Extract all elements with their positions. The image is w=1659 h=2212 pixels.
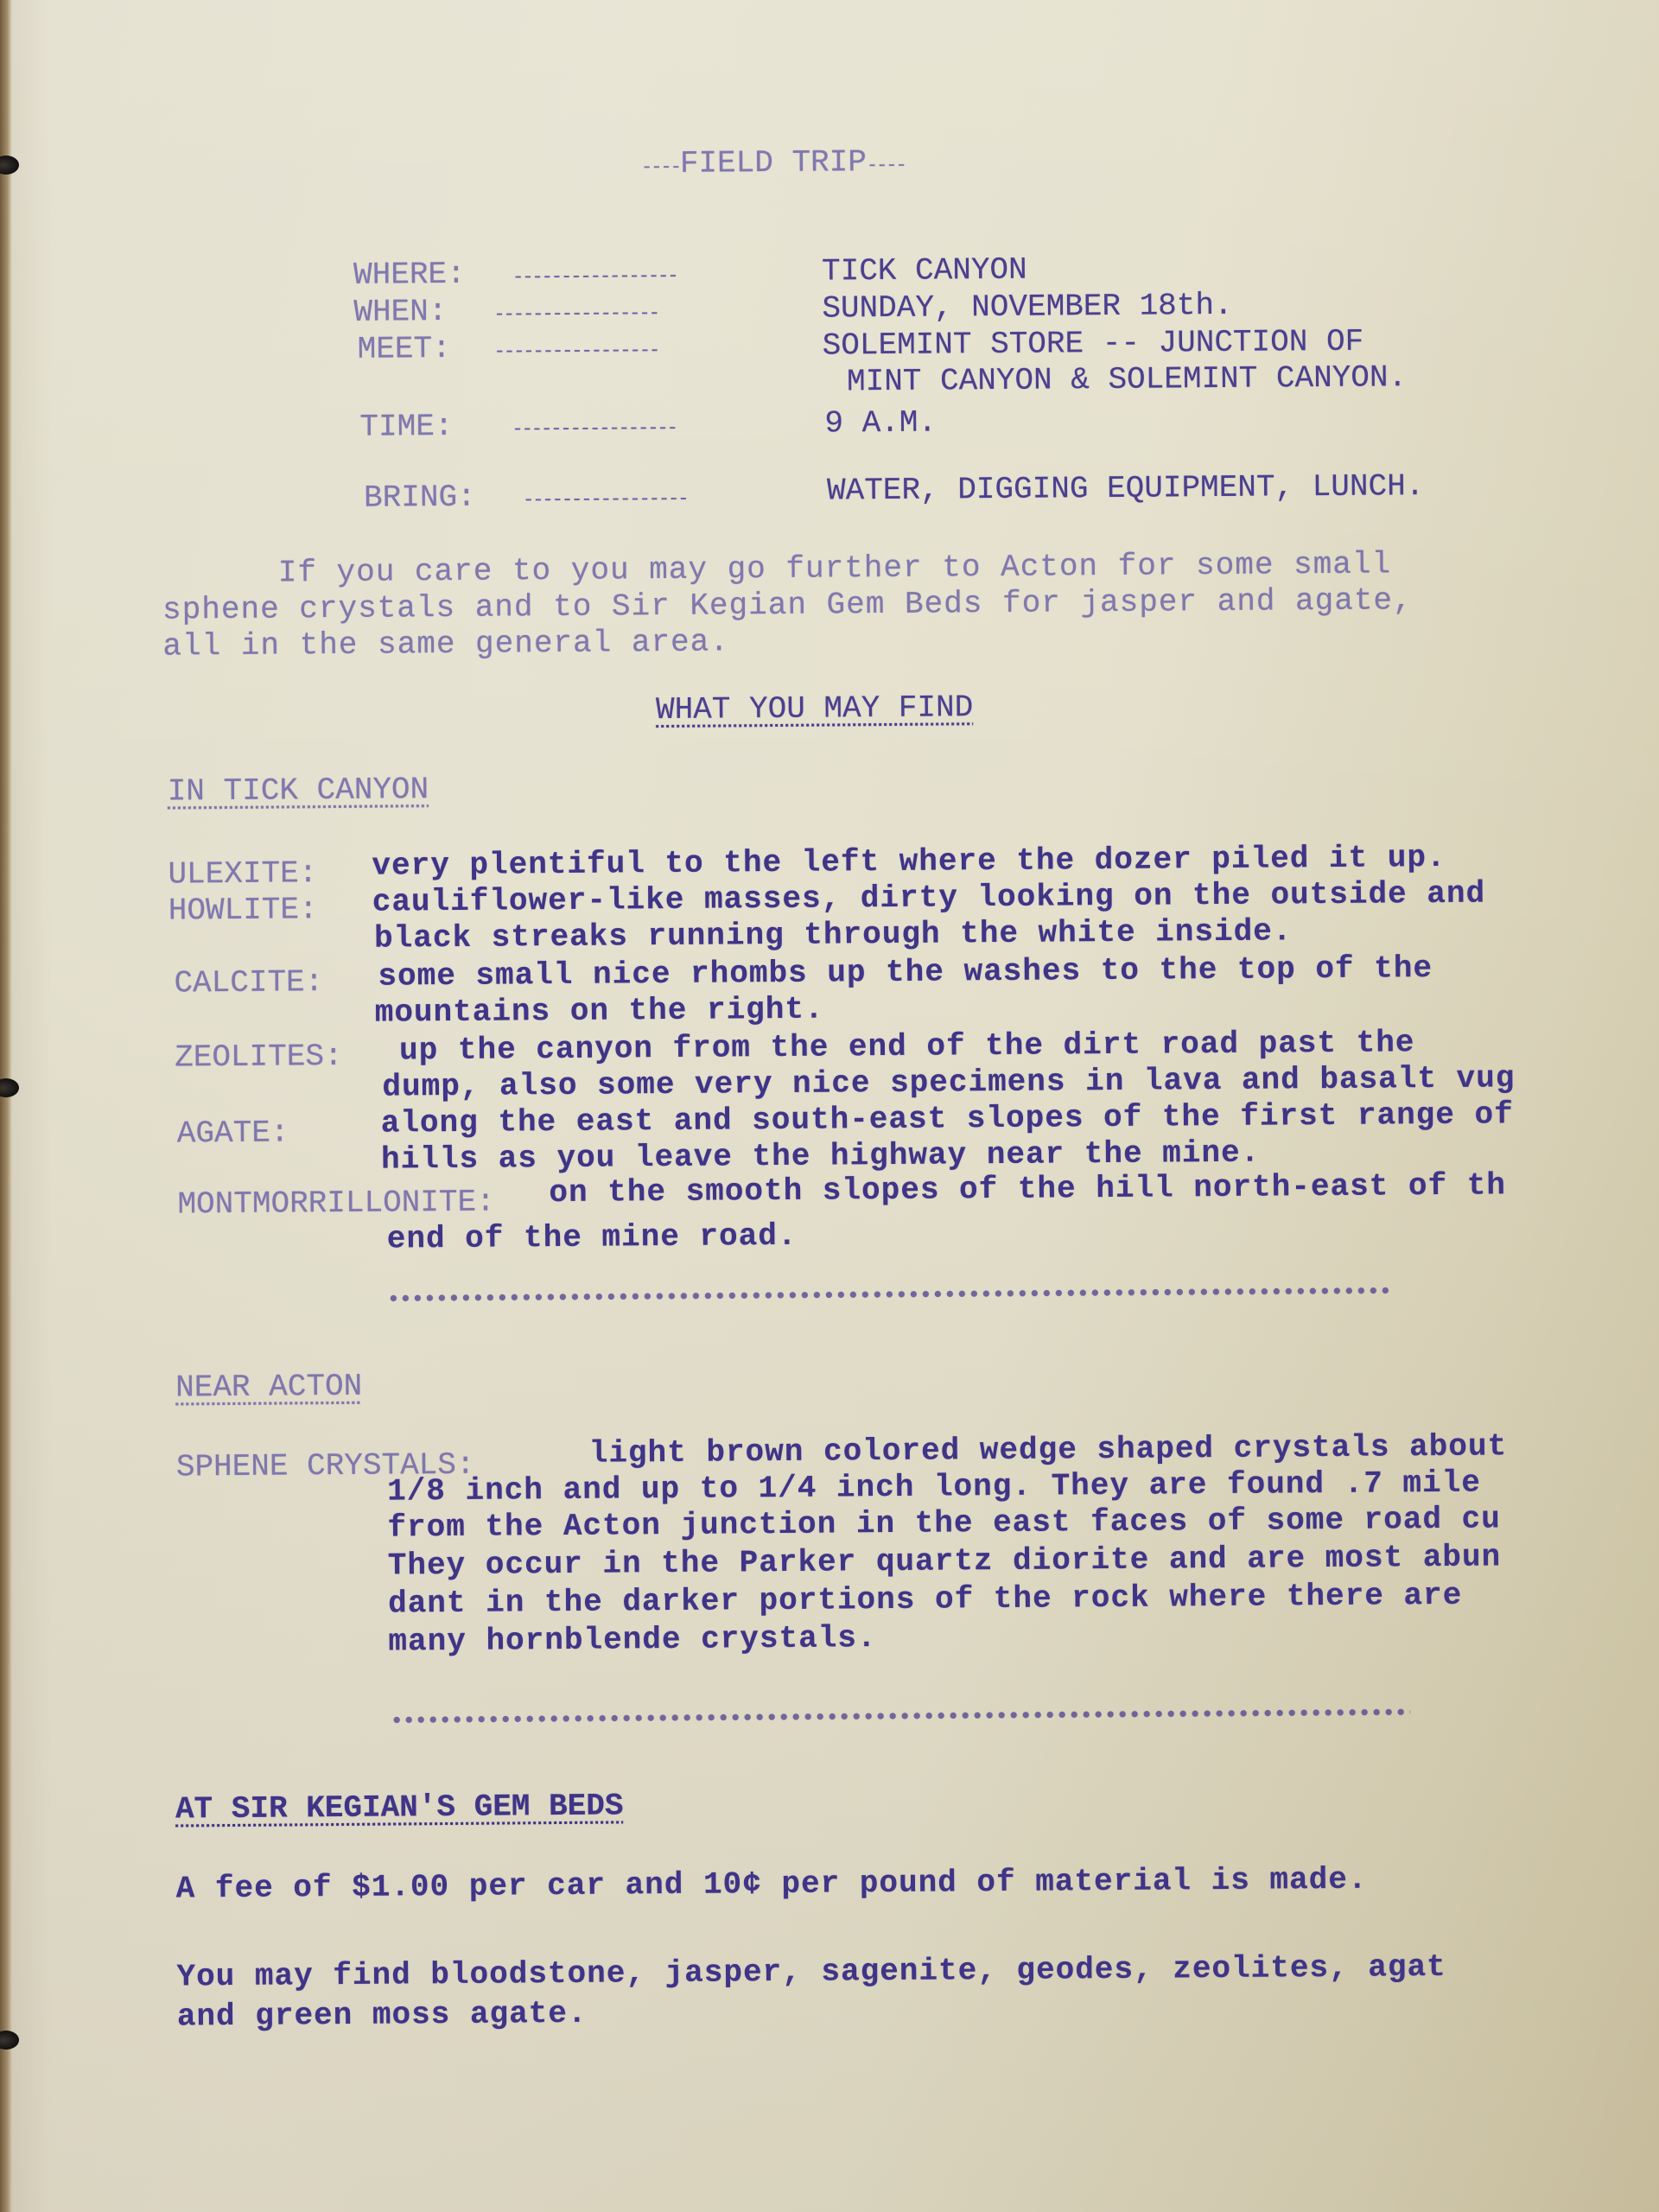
detail-value-bring: WATER, DIGGING EQUIPMENT, LUNCH. (827, 468, 1425, 508)
mineral-desc: from the Acton junction in the east face… (387, 1501, 1501, 1545)
title-line: ----FIELD TRIP---- (641, 144, 906, 181)
detail-value-meet: SOLEMINT STORE -- JUNCTION OF (823, 324, 1364, 364)
mineral-desc: They occur in the Parker quartz diorite … (388, 1539, 1502, 1583)
detail-value-meet-cont: MINT CANYON & SOLEMINT CANYON. (847, 359, 1407, 399)
mineral-desc: cauliflower-like masses, dirty looking o… (372, 876, 1486, 920)
subheading-tick-canyon: IN TICK CANYON (168, 772, 429, 809)
detail-value-when: SUNDAY, NOVEMBER 18th. (822, 288, 1233, 327)
mineral-label-agate: AGATE: (177, 1115, 289, 1151)
mineral-label-calcite: CALCITE: (174, 964, 323, 1001)
detail-value-where: TICK CANYON (822, 252, 1027, 289)
detail-label-bring: BRING: (364, 480, 476, 516)
mineral-desc: end of the mine road. (387, 1218, 798, 1257)
leader-dots: ----------------- (523, 488, 688, 511)
mineral-label-howlite: HOWLITE: (168, 892, 318, 928)
title-trailer: ---- (867, 155, 906, 176)
section-heading: WHAT YOU MAY FIND (656, 690, 974, 728)
leader-dots: ----------------- (494, 340, 659, 362)
detail-label-when: WHEN: (353, 294, 447, 330)
fee-text: A fee of $1.00 per car and 10¢ per pound… (176, 1862, 1368, 1907)
finds-text: You may find bloodstone, jasper, sagenit… (176, 1949, 1446, 1995)
leader-dots: ----------------- (512, 265, 677, 288)
detail-label-where: WHERE: (353, 257, 466, 293)
mineral-desc: black streaks running through the white … (374, 913, 1293, 956)
detail-label-meet: MEET: (358, 331, 451, 367)
mineral-label-montmorrillonite: MONTMORRILLONITE: (177, 1185, 495, 1223)
intro-line: all in the same general area. (162, 624, 729, 664)
mineral-desc: on the smooth slopes of the hill north-e… (549, 1167, 1506, 1211)
mineral-label-ulexite: ULEXITE: (168, 855, 317, 892)
dotted-divider (391, 1707, 1410, 1724)
detail-label-time: TIME: (359, 409, 453, 445)
subheading-near-acton: NEAR ACTON (175, 1369, 362, 1406)
page-title: FIELD TRIP (680, 144, 867, 181)
mineral-desc: light brown colored wedge shaped crystal… (589, 1428, 1508, 1471)
leader-dots: ----------------- (512, 417, 677, 440)
mineral-desc: many hornblende crystals. (388, 1620, 876, 1659)
dotted-divider (387, 1286, 1389, 1302)
mineral-desc: dant in the darker portions of the rock … (388, 1578, 1462, 1622)
mineral-label-zeolites: ZEOLITES: (175, 1039, 343, 1076)
subheading-gem-beds: AT SIR KEGIAN'S GEM BEDS (175, 1788, 624, 1827)
mineral-desc: some small nice rhombs up the washes to … (378, 950, 1433, 995)
mineral-desc: mountains on the right. (375, 992, 824, 1031)
finds-text: and green moss agate. (177, 1996, 588, 2035)
title-leader: ---- (641, 156, 680, 178)
typed-document: ----FIELD TRIP---- WHERE: --------------… (0, 0, 1659, 2212)
leader-dots: ----------------- (493, 302, 658, 325)
detail-value-time: 9 A.M. (824, 405, 937, 442)
